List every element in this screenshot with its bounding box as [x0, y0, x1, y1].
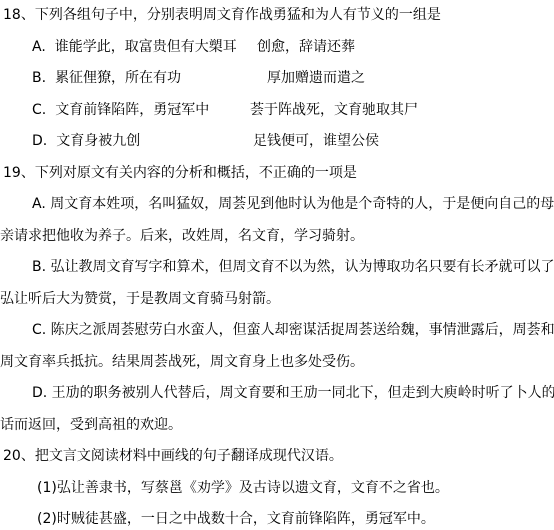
question-18-stem: 18、下列各组句子中，分别表明周文育作战勇猛和为人有节义的一组是: [0, 0, 554, 32]
question-18-option-b: B.累征俚獠，所在有功 厚加赠遗而遣之: [0, 63, 554, 95]
option-a-left: A.谁能学此，取富贵但有大槊耳: [32, 32, 237, 64]
question-19-option-b-line-2: 弘让听后大为赞赏，于是教周文育骑马射箭。: [0, 284, 554, 316]
option-b-right-text: 厚加赠遗而遣之: [267, 63, 365, 95]
question-19-number: 19、: [3, 165, 35, 181]
question-20-stem-text: 把文言文阅读材料中画线的句子翻译成现代汉语。: [35, 448, 343, 464]
option-a-label: A.: [32, 39, 46, 55]
question-18-stem-text: 下列各组句子中，分别表明周文育作战勇猛和为人有节义的一组是: [35, 7, 441, 23]
question-19-option-a-line-1: A. 周文育本姓项，名叫猛奴，周荟见到他时认为他是个奇特的人，于是便向自己的母: [0, 189, 554, 221]
option-b-left: B.累征俚獠，所在有功: [32, 63, 181, 95]
question-19-option-b-line-1: B. 弘让教周文育写字和算术，但周文育不以为然，认为博取功名只要有长矛就可以了。: [0, 252, 554, 284]
question-19-option-c-line-2: 周文育率兵抵抗。结果周荟战死，周文育身上也多处受伤。: [0, 347, 554, 379]
question-20-stem: 20、把文言文阅读材料中画线的句子翻译成现代汉语。: [0, 441, 554, 473]
exam-page: 18、下列各组句子中，分别表明周文育作战勇猛和为人有节义的一组是 A.谁能学此，…: [0, 0, 554, 530]
question-19-option-c-line-1: C. 陈庆之派周荟慰劳白水蛮人，但蛮人却密谋活捉周荟送给魏，事情泄露后，周荟和: [0, 315, 554, 347]
question-20-number: 20、: [3, 448, 35, 464]
option-b-label: B.: [32, 70, 46, 86]
option-c-left-text: 文育前锋陷阵，勇冠军中: [55, 102, 209, 118]
option-c-label: C.: [32, 102, 46, 118]
question-19-stem-text: 下列对原文有关内容的分析和概括，不正确的一项是: [35, 165, 357, 181]
question-19-option-d-line-1: D. 王劢的职务被别人代替后，周文育要和王劢一同北下，但走到大庾岭时听了卜人的: [0, 378, 554, 410]
option-a-right-text: 创愈，辞请还葬: [257, 32, 355, 64]
question-18-option-c: C.文育前锋陷阵，勇冠军中 荟于阵战死，文育驰取其尸: [0, 95, 554, 127]
question-19-option-d-line-2: 话而返回，受到高祖的欢迎。: [0, 410, 554, 442]
option-d-left: D.文育身被九创: [32, 126, 140, 158]
option-d-left-text: 文育身被九创: [56, 133, 140, 149]
option-b-left-text: 累征俚獠，所在有功: [55, 70, 181, 86]
option-c-right-text: 荟于阵战死，文育驰取其尸: [250, 95, 418, 127]
option-d-label: D.: [32, 133, 47, 149]
question-18-option-d: D.文育身被九创 足钱便可，谁望公侯: [0, 126, 554, 158]
option-a-left-text: 谁能学此，取富贵但有大槊耳: [55, 39, 237, 55]
question-18-number: 18、: [3, 7, 35, 23]
option-c-left: C.文育前锋陷阵，勇冠军中: [32, 95, 209, 127]
question-20-item-1: (1)弘让善隶书，写蔡邕《劝学》及古诗以遗文育，文育不之省也。: [0, 473, 554, 505]
question-18-option-a: A.谁能学此，取富贵但有大槊耳 创愈，辞请还葬: [0, 32, 554, 64]
question-19-stem: 19、下列对原文有关内容的分析和概括，不正确的一项是: [0, 158, 554, 190]
option-d-right-text: 足钱便可，谁望公侯: [253, 126, 379, 158]
question-19-option-a-line-2: 亲请求把他收为养子。后来，改姓周，名文育，学习骑射。: [0, 221, 554, 253]
question-20-item-2: (2)时贼徒甚盛，一日之中战数十合，文育前锋陷阵，勇冠军中。: [0, 504, 554, 530]
